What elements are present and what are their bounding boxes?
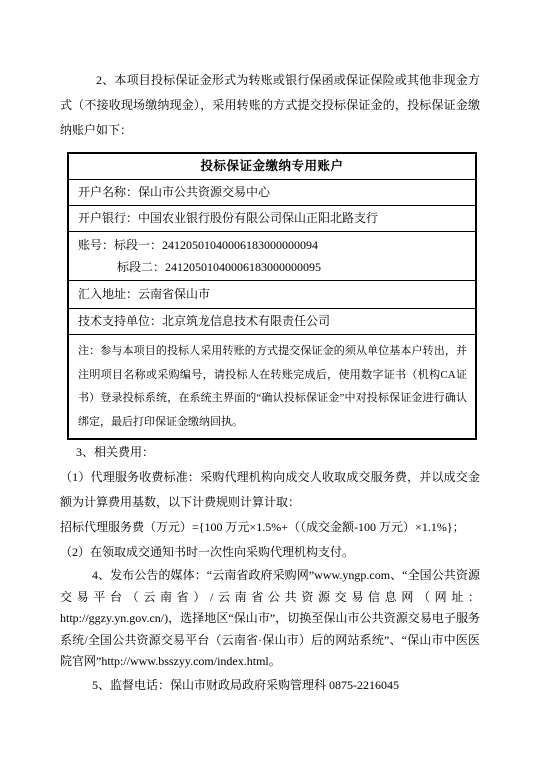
tech-support-cell: 技术支持单位：北京筑龙信息技术有限责任公司 [68,309,476,335]
fees-formula: 招标代理服务费（万元）={100 万元×1.5%+（（成交金额-100 万元）×… [60,515,480,540]
table-title: 投标保证金缴纳专用账户 [68,153,476,180]
account-number-lot1: 账号：标段一：24120501040006183000000094 [78,234,467,256]
account-number-cell: 账号：标段一：24120501040006183000000094 标段二：24… [68,232,476,281]
table-row: 汇入地址：云南省保山市 [68,281,476,309]
table-row: 开户名称：保山市公共资源交易中心 [68,180,476,206]
account-number-lot2: 标段二：24120501040006183000000095 [78,256,467,278]
bid-security-account-table: 投标保证金缴纳专用账户 开户名称：保山市公共资源交易中心 开户银行：中国农业银行… [67,152,477,440]
table-title-row: 投标保证金缴纳专用账户 [68,153,476,180]
note-cell: 注：参与本项目的投标人采用转账的方式提交保证金的须从单位基本户转出，并注明项目名… [68,335,476,440]
table-row: 开户银行：中国农业银行股份有限公司保山正阳北路支行 [68,206,476,232]
supervision-phone: 5、监督电话：保山市财政局政府采购管理科 0875-2216045 [60,673,480,698]
bank-cell: 开户银行：中国农业银行股份有限公司保山正阳北路支行 [68,206,476,232]
fees-heading: 3、相关费用： [60,440,480,465]
account-name-cell: 开户名称：保山市公共资源交易中心 [68,180,476,206]
announcement-media-paragraph: 4、发布公告的媒体：“云南省政府采购网”www.yngp.com、“全国公共资源… [60,565,480,673]
fees-item1: （1）代理服务收费标准：采购代理机构向成交人收取成交服务费，并以成交金额为计算费… [60,465,480,515]
table-note-row: 注：参与本项目的投标人采用转账的方式提交保证金的须从单位基本户转出，并注明项目名… [68,335,476,440]
table-row: 技术支持单位：北京筑龙信息技术有限责任公司 [68,309,476,335]
remit-address-cell: 汇入地址：云南省保山市 [68,281,476,309]
document-page: 2、本项目投标保证金形式为转账或银行保函或保证保险或其他非现金方式（不接收现场缴… [0,0,551,782]
paragraph-bid-security-intro: 2、本项目投标保证金形式为转账或银行保函或保证保险或其他非现金方式（不接收现场缴… [60,68,480,143]
table-row: 账号：标段一：24120501040006183000000094 标段二：24… [68,232,476,281]
fees-item2: （2）在领取成交通知书时一次性向采购代理机构支付。 [60,540,480,565]
